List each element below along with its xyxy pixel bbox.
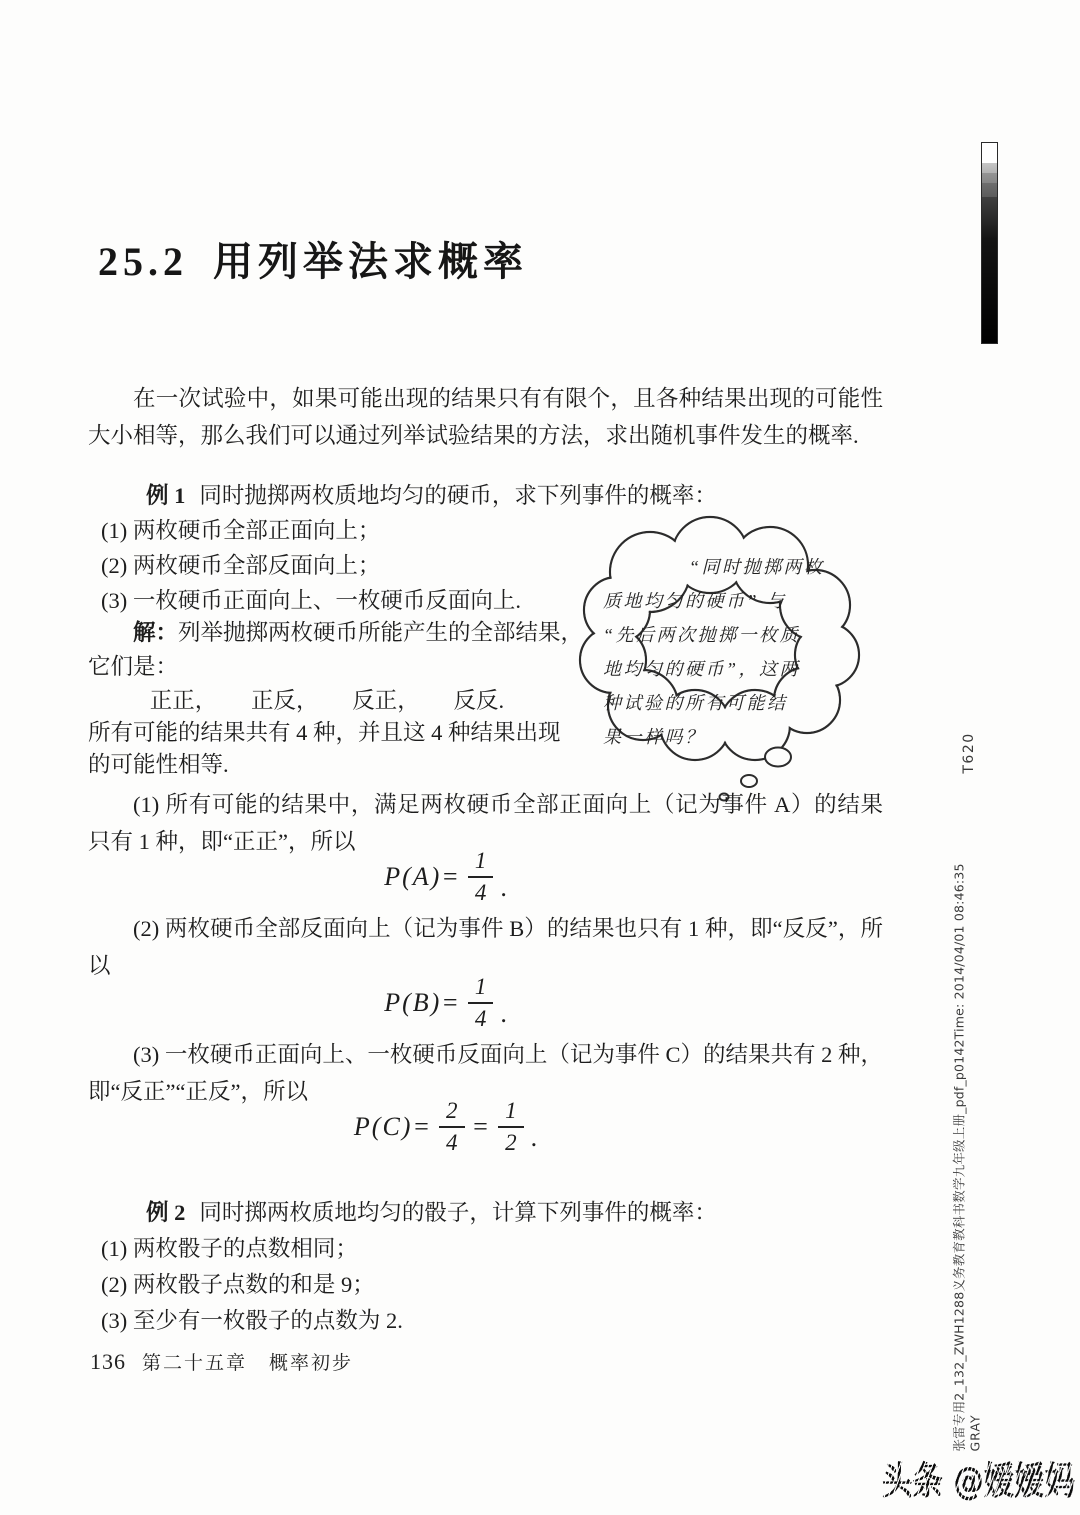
toutiao-watermark: 头条 @嫒嫒妈 (882, 1450, 1075, 1505)
fraction: 2 4 (439, 1098, 465, 1157)
example2-item-2: (2) 两枚骰子点数的和是 9； (101, 1270, 375, 1300)
formula-lhs: P(C)= (354, 1112, 432, 1142)
bubble-line: 果一样吗？ (603, 720, 841, 754)
solution-lead-line: 解：列举抛掷两枚硬币所能产生的全部结果， (88, 618, 583, 648)
example1-item-2: (2) 两枚硬币全部反面向上； (101, 551, 380, 581)
fraction: 1 4 (468, 848, 494, 907)
section-title: 25.2 用列举法求概率 (98, 230, 528, 287)
thought-bubble-text: “同时抛掷两枚 质地均匀的硬币” 与 “先后两次抛掷一枚质 地均匀的硬币”，这两… (603, 550, 841, 754)
example2-label: 例 2 (146, 1200, 185, 1225)
textbook-page: 25.2 用列举法求概率 在一次试验中，如果可能出现的结果只有有限个，且各种结果… (0, 0, 1080, 1515)
solution-line: 的可能性相等. (88, 750, 229, 780)
solution-line: 它们是： (88, 652, 178, 682)
bubble-line: “同时抛掷两枚 (603, 550, 841, 584)
example2-heading: 例 2同时掷两枚质地均匀的骰子，计算下列事件的概率： (101, 1198, 717, 1228)
example1-heading: 例 1同时抛掷两枚质地均匀的硬币，求下列事件的概率： (101, 481, 717, 511)
solution-outcomes: 正正， 正反， 反正， 反反. (88, 686, 566, 716)
bubble-line: “先后两次抛掷一枚质 (603, 618, 841, 652)
grayscale-calibration-bar (981, 142, 998, 344)
footer-chapter: 第二十五章 (142, 1348, 247, 1375)
scan-color-mode: GRAY (968, 817, 984, 1452)
page-number: 136 (90, 1349, 126, 1375)
fraction: 1 2 (498, 1098, 524, 1157)
example1-label: 例 1 (146, 483, 185, 508)
formula-pc: P(C)= 2 4 = 1 2 . (88, 1098, 883, 1157)
scan-file-info-vertical: 张雷专用2_132_ZWH1288义务教育教科书数学九年级上册_pdf_p014… (952, 817, 984, 1452)
example1-item-3: (3) 一枚硬币正面向上、一枚硬币反面向上. (101, 586, 521, 616)
example2-statement: 同时掷两枚质地均匀的骰子，计算下列事件的概率： (199, 1200, 717, 1225)
formula-pa: P(A)= 1 4 . (88, 848, 883, 907)
example2-item-1: (1) 两枚骰子的点数相同； (101, 1234, 358, 1264)
footer-section: 概率初步 (269, 1348, 353, 1375)
bubble-line: 地均匀的硬币”，这两 (603, 652, 841, 686)
example1-statement: 同时抛掷两枚质地均匀的硬币，求下列事件的概率： (199, 483, 717, 508)
intro-paragraph: 在一次试验中，如果可能出现的结果只有有限个，且各种结果出现的可能性大小相等，那么… (88, 380, 883, 454)
bubble-line: 质地均匀的硬币” 与 (603, 584, 841, 618)
scan-file-info-text: 张雷专用2_132_ZWH1288义务教育教科书数学九年级上册_pdf_p014… (952, 817, 968, 1452)
page-footer: 136 第二十五章 概率初步 (90, 1348, 353, 1375)
formula-lhs: P(B)= (384, 988, 461, 1018)
solution-line: 所有可能的结果共有 4 种，并且这 4 种结果出现 (88, 718, 561, 748)
solution-step-2: (2) 两枚硬币全部反面向上（记为事件 B）的结果也只有 1 种，即“反反”，所… (88, 910, 883, 984)
example2-item-3: (3) 至少有一枚骰子的点数为 2. (101, 1306, 403, 1336)
example1-item-1: (1) 两枚硬币全部正面向上； (101, 516, 380, 546)
formula-lhs: P(A)= (384, 862, 461, 892)
formula-pb: P(B)= 1 4 . (88, 974, 883, 1033)
thought-bubble: “同时抛掷两枚 质地均匀的硬币” 与 “先后两次抛掷一枚质 地均匀的硬币”，这两… (575, 510, 867, 812)
solution-label: 解： (133, 620, 178, 645)
print-code-vertical: T620 (961, 725, 979, 781)
fraction: 1 4 (468, 974, 494, 1033)
formula-equals: = (472, 1112, 492, 1142)
bubble-line: 种试验的所有可能结 (603, 686, 841, 720)
